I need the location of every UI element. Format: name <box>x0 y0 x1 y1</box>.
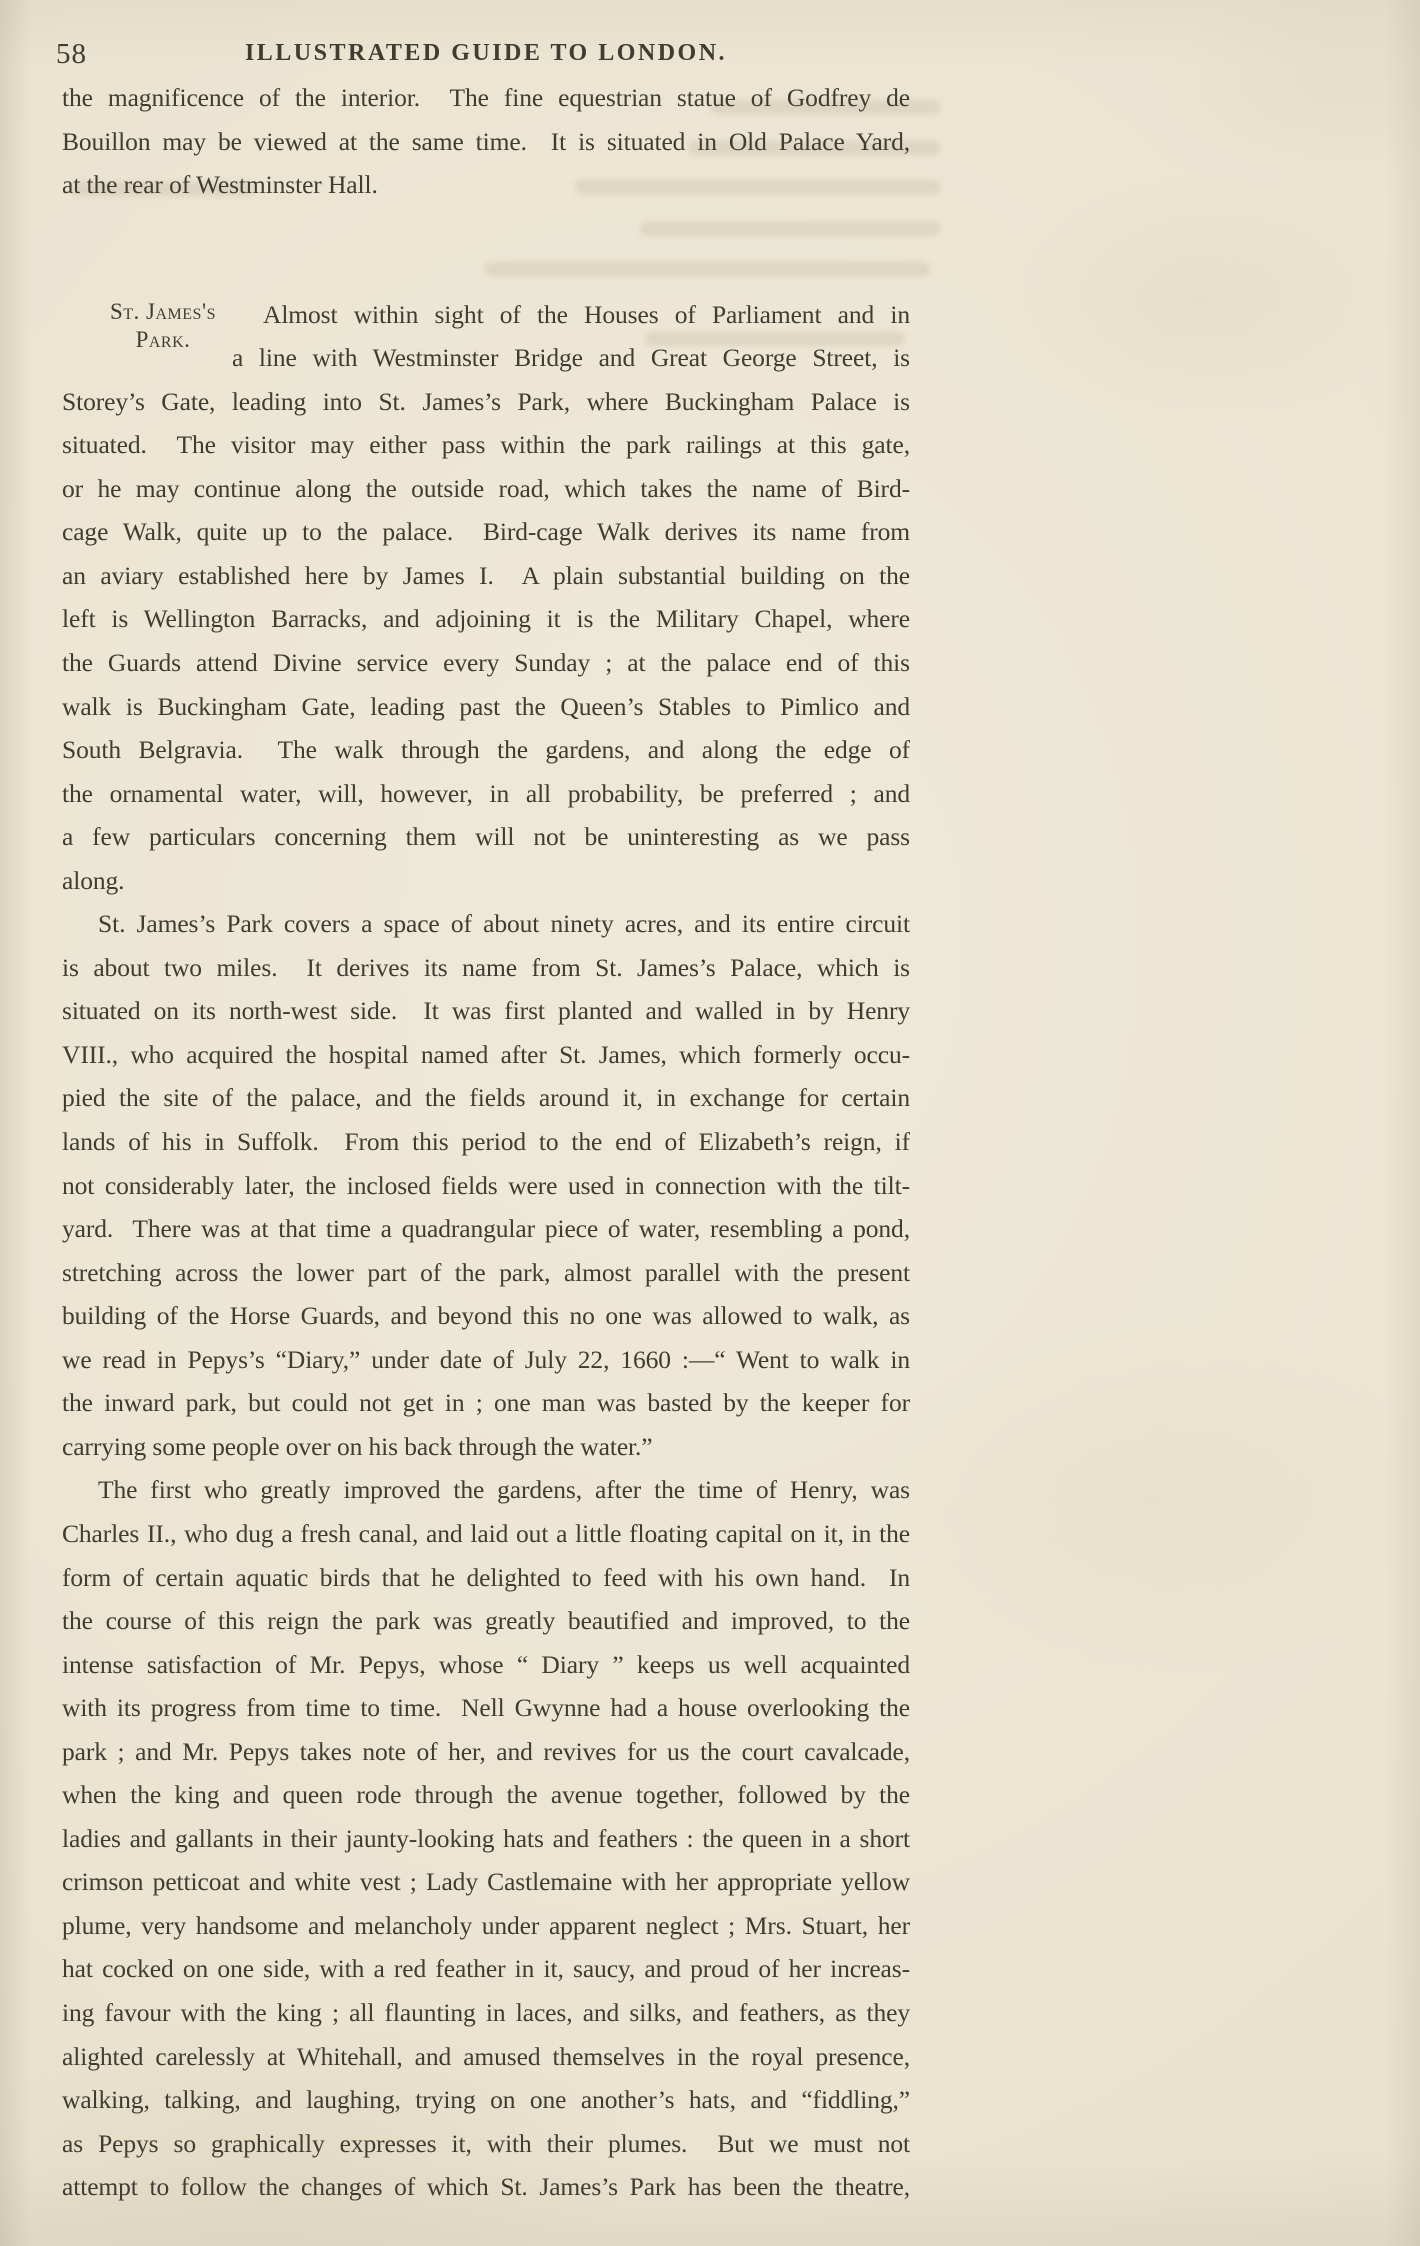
text-line: the magnificence of the interior. The fi… <box>62 76 910 120</box>
text-line: VIII., who acquired the hospital named a… <box>62 1033 910 1077</box>
text-line: hat cocked on one side, with a red feath… <box>62 1947 910 1991</box>
text-line: park ; and Mr. Pepys takes note of her, … <box>62 1730 910 1774</box>
paragraph-st-james-park-intro: St. James'sPark.Almost within sight of t… <box>62 293 910 903</box>
text-line: cage Walk, quite up to the palace. Bird-… <box>62 510 910 554</box>
text-line: The first who greatly improved the garde… <box>62 1468 910 1512</box>
text-line: along. <box>62 859 910 903</box>
text-line: intense satisfaction of Mr. Pepys, whose… <box>62 1643 910 1687</box>
text-line: lands of his in Suffolk. From this perio… <box>62 1120 910 1164</box>
text-line: building of the Horse Guards, and beyond… <box>62 1294 910 1338</box>
text-line: attempt to follow the changes of which S… <box>62 2165 910 2209</box>
text-line: or he may continue along the outside roa… <box>62 467 910 511</box>
text-line: alighted carelessly at Whitehall, and am… <box>62 2035 910 2079</box>
text-line: situated on its north-west side. It was … <box>62 989 910 1033</box>
text-line: St. James’s Park covers a space of about… <box>62 902 910 946</box>
paragraph-park-history: St. James’s Park covers a space of about… <box>62 902 910 1468</box>
text-line: ing favour with the king ; all flaunting… <box>62 1991 910 2035</box>
text-line: as Pepys so graphically expresses it, wi… <box>62 2122 910 2166</box>
text-line: pied the site of the palace, and the fie… <box>62 1076 910 1120</box>
text-line: the Guards attend Divine service every S… <box>62 641 910 685</box>
text-line: with its progress from time to time. Nel… <box>62 1686 910 1730</box>
text-line: is about two miles. It derives its name … <box>62 946 910 990</box>
text-line: the inward park, but could not get in ; … <box>62 1381 910 1425</box>
text-line: not considerably later, the inclosed fie… <box>62 1164 910 1208</box>
text-line: South Belgravia. The walk through the ga… <box>62 728 910 772</box>
margin-note-line: Park. <box>92 326 234 354</box>
text-line: the ornamental water, will, however, in … <box>62 772 910 816</box>
paragraph-interior-statue: the magnificence of the interior. The fi… <box>62 76 910 207</box>
margin-note-st-james-park: St. James'sPark. <box>92 298 234 354</box>
text-block: the magnificence of the interior. The fi… <box>62 76 910 2209</box>
text-line: at the rear of Westminster Hall. <box>62 163 910 207</box>
text-line: when the king and queen rode through the… <box>62 1773 910 1817</box>
text-line: plume, very handsome and melancholy unde… <box>62 1904 910 1948</box>
text-line: walk is Buckingham Gate, leading past th… <box>62 685 910 729</box>
text-line: carrying some people over on his back th… <box>62 1425 910 1469</box>
text-line: yard. There was at that time a quadrangu… <box>62 1207 910 1251</box>
text-line: the course of this reign the park was gr… <box>62 1599 910 1643</box>
paragraph-charles-ii-improvements: The first who greatly improved the garde… <box>62 1468 910 2208</box>
text-line: left is Wellington Barracks, and adjoini… <box>62 597 910 641</box>
text-line: Bouillon may be viewed at the same time.… <box>62 120 910 164</box>
text-line: walking, talking, and laughing, trying o… <box>62 2078 910 2122</box>
text-line: situated. The visitor may either pass wi… <box>62 423 910 467</box>
text-line: ladies and gallants in their jaunty-look… <box>62 1817 910 1861</box>
margin-note-line: St. James's <box>92 298 234 326</box>
text-line: form of certain aquatic birds that he de… <box>62 1556 910 1600</box>
text-line: crimson petticoat and white vest ; Lady … <box>62 1860 910 1904</box>
text-line: stretching across the lower part of the … <box>62 1251 910 1295</box>
text-line: Charles II., who dug a fresh canal, and … <box>62 1512 910 1556</box>
text-line: Storey’s Gate, leading into St. James’s … <box>62 380 910 424</box>
text-line: a few particulars concerning them will n… <box>62 815 910 859</box>
scanned-book-page: 58 ILLUSTRATED GUIDE TO LONDON. the magn… <box>0 0 1420 2246</box>
running-header: ILLUSTRATED GUIDE TO LONDON. <box>62 40 910 67</box>
text-line: we read in Pepys’s “Diary,” under date o… <box>62 1338 910 1382</box>
text-line: an aviary established here by James I. A… <box>62 554 910 598</box>
